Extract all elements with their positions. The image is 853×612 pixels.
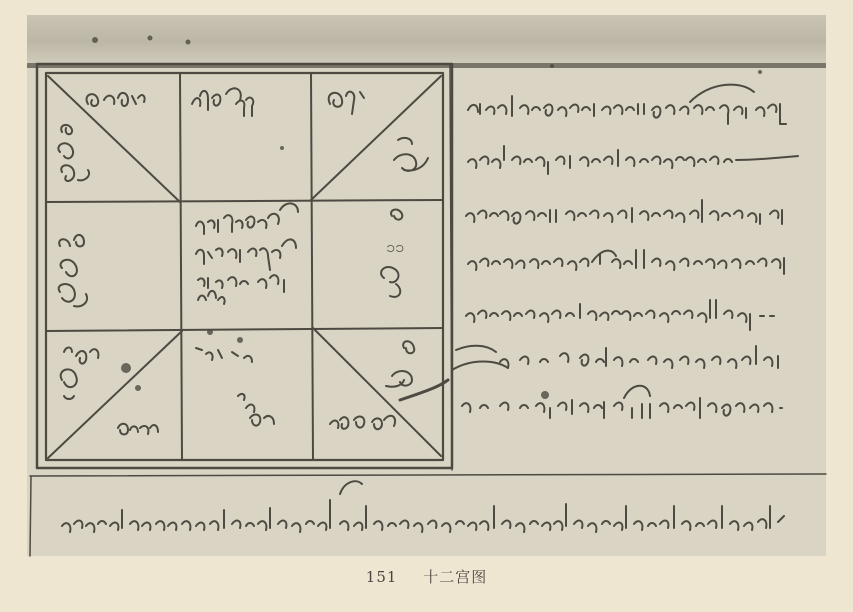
figure-number: 151	[366, 568, 398, 586]
bottom-text-line	[62, 481, 784, 532]
right-text-line	[468, 146, 798, 174]
right-text-block	[452, 85, 798, 418]
twelve-houses-diagram	[37, 64, 452, 468]
figure-caption: 151 十二宫图	[0, 566, 853, 587]
right-text-line	[452, 346, 778, 370]
cell-script-glyphs: ၁၁	[58, 88, 448, 434]
right-text-line	[468, 85, 786, 124]
right-text-line	[466, 200, 782, 224]
right-text-line	[466, 300, 774, 330]
figure-title: 十二宫图	[423, 568, 487, 586]
svg-text:၁၁: ၁၁	[386, 237, 404, 256]
manuscript-drawing: ၁၁	[0, 0, 853, 612]
right-text-line	[468, 250, 784, 274]
right-text-line	[462, 386, 782, 418]
lower-strip-border	[30, 474, 826, 476]
